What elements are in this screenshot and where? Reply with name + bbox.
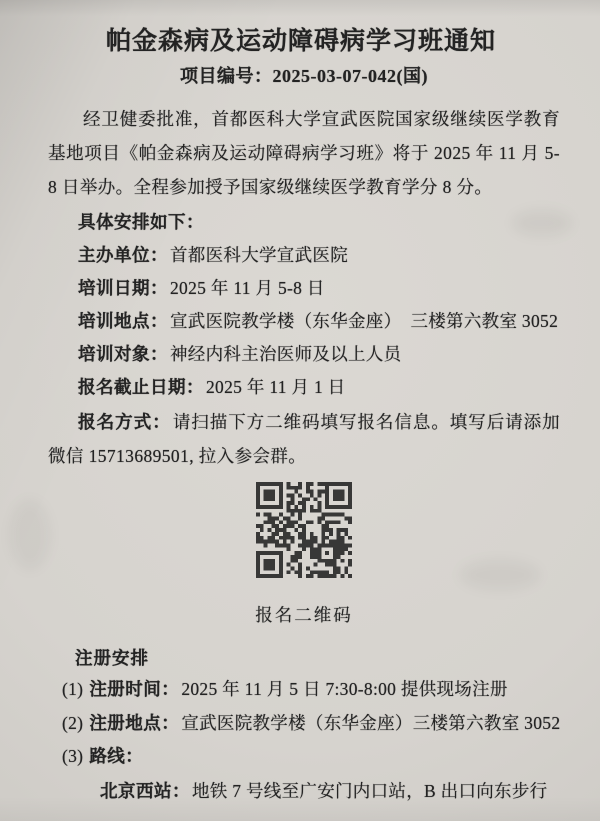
- detail-row-location: 培训地点：宣武医院教学楼（东华金座） 三楼第六教室 3052: [48, 305, 560, 338]
- item-number: (1): [62, 679, 89, 699]
- detail-value: 2025 年 11 月 5-8 日: [170, 278, 325, 298]
- detail-label: 报名截止日期：: [78, 377, 206, 397]
- notice-page: 帕金森病及运动障碍病学习班通知 项目编号：2025-03-07-042(国) 经…: [0, 0, 600, 821]
- detail-row-dates: 培训日期：2025 年 11 月 5-8 日: [48, 272, 560, 305]
- project-number-label: 项目编号：: [180, 66, 273, 86]
- paper-smudge: [10, 500, 50, 570]
- route-line: 北京西站：地铁 7 号线至广安门内口站，B 出口向东步行: [48, 774, 560, 808]
- detail-value: 2025 年 11 月 1 日: [206, 377, 345, 397]
- qr-code-block: [48, 482, 560, 583]
- item-value: 2025 年 11 月 5 日 7:30-8:00 提供现场注册: [181, 679, 507, 699]
- detail-value: 宣武医院教学楼（东华金座） 三楼第六教室 3052: [170, 311, 558, 331]
- project-number-value: 2025-03-07-042(国): [273, 66, 428, 86]
- intro-paragraph: 经卫健委批准，首都医科大学宣武医院国家级继续医学教育基地项目《帕金森病及运动障碍…: [48, 102, 560, 204]
- detail-row-deadline: 报名截止日期：2025 年 11 月 1 日: [48, 371, 560, 404]
- registration-item-route: (3)路线：: [48, 740, 560, 774]
- registration-heading: 注册安排: [48, 643, 560, 673]
- signup-label: 报名方式：: [78, 412, 173, 432]
- qr-code: [256, 565, 352, 582]
- item-number: (2): [62, 713, 89, 733]
- schedule-heading: 具体安排如下：: [48, 205, 560, 239]
- detail-label: 培训对象：: [78, 344, 170, 364]
- project-number-line: 项目编号：2025-03-07-042(国): [48, 63, 560, 89]
- qr-caption: 报名二维码: [48, 604, 560, 626]
- page-title: 帕金森病及运动障碍病学习班通知: [48, 24, 560, 58]
- detail-label: 培训地点：: [78, 311, 170, 331]
- item-label: 路线：: [89, 746, 145, 766]
- detail-label: 主办单位：: [78, 245, 170, 265]
- item-label: 注册地点：: [89, 713, 181, 733]
- detail-row-audience: 培训对象：神经内科主治医师及以上人员: [48, 338, 560, 371]
- detail-label: 培训日期：: [78, 278, 170, 298]
- detail-value: 神经内科主治医师及以上人员: [170, 344, 401, 364]
- route-label: 北京西站：: [100, 781, 192, 801]
- item-value: 宣武医院教学楼（东华金座）三楼第六教室 3052: [181, 713, 560, 733]
- detail-value: 首都医科大学宣武医院: [170, 245, 348, 265]
- route-value: 地铁 7 号线至广安门内口站，B 出口向东步行: [192, 781, 547, 801]
- item-number: (3): [62, 746, 89, 766]
- registration-item-time: (1)注册时间：2025 年 11 月 5 日 7:30-8:00 提供现场注册: [48, 673, 560, 707]
- item-label: 注册时间：: [89, 679, 181, 699]
- detail-row-organizer: 主办单位：首都医科大学宣武医院: [48, 239, 560, 272]
- signup-paragraph: 报名方式：请扫描下方二维码填写报名信息。填写后请添加微信 15713689501…: [48, 405, 560, 473]
- registration-item-place: (2)注册地点：宣武医院教学楼（东华金座）三楼第六教室 3052: [48, 707, 560, 741]
